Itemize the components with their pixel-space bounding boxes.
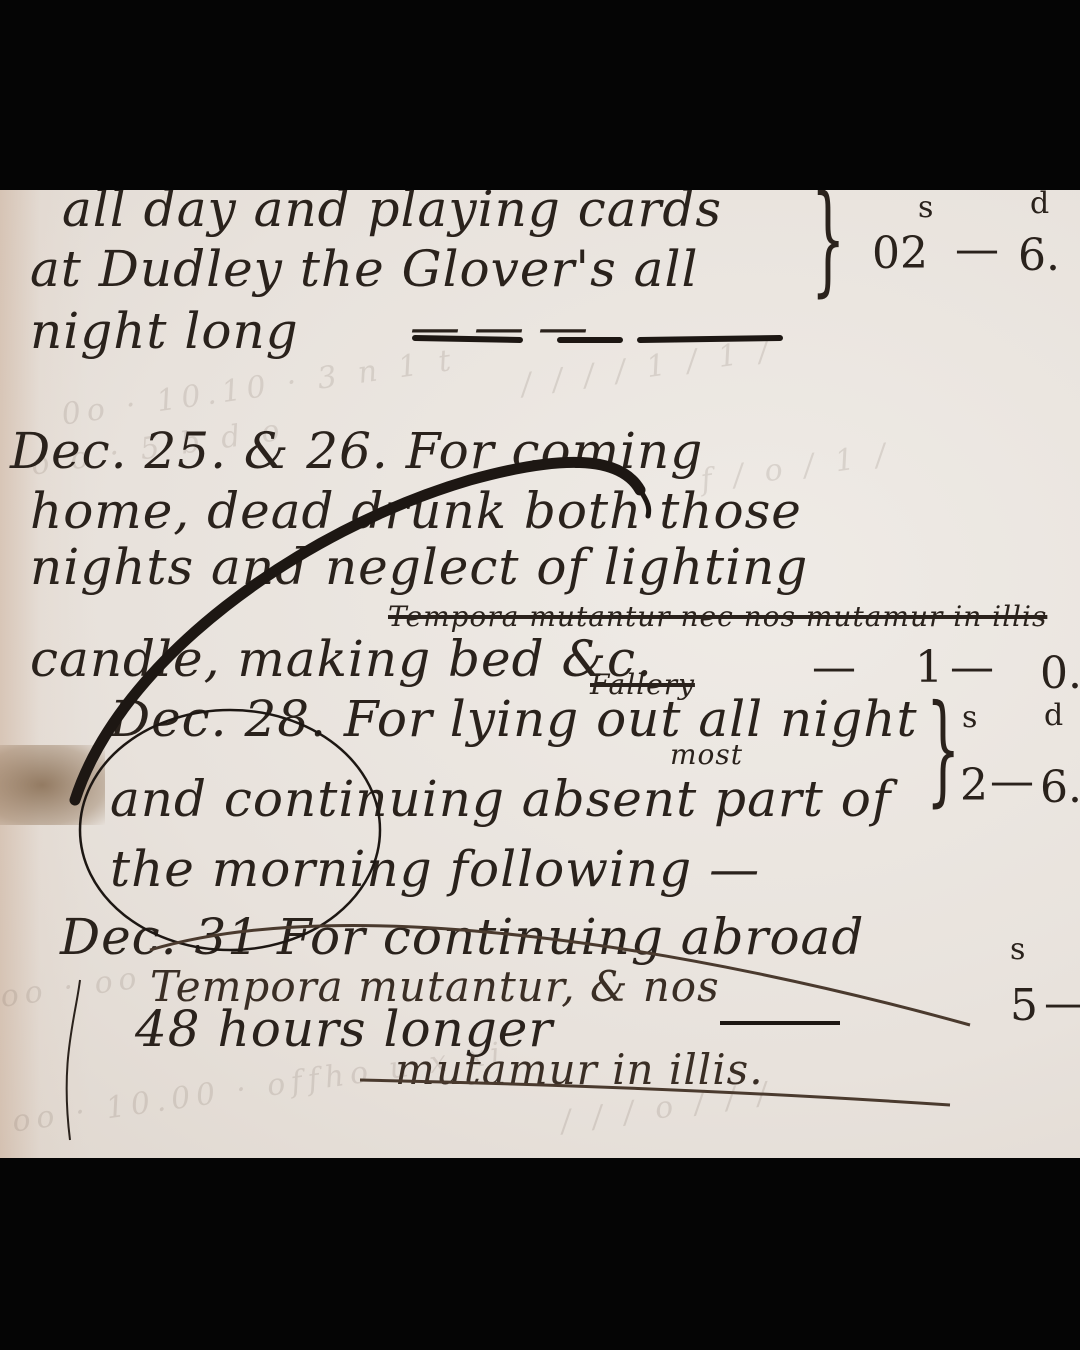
manuscript-page: 0o · 10.10 · 3 n 1 t / / / / 1 / 1 / o o…: [0, 190, 1080, 1158]
letterbox-top-bar: [0, 0, 1080, 190]
letterbox-bottom-bar: [0, 1158, 1080, 1350]
pen-strokes: [0, 190, 1080, 1158]
